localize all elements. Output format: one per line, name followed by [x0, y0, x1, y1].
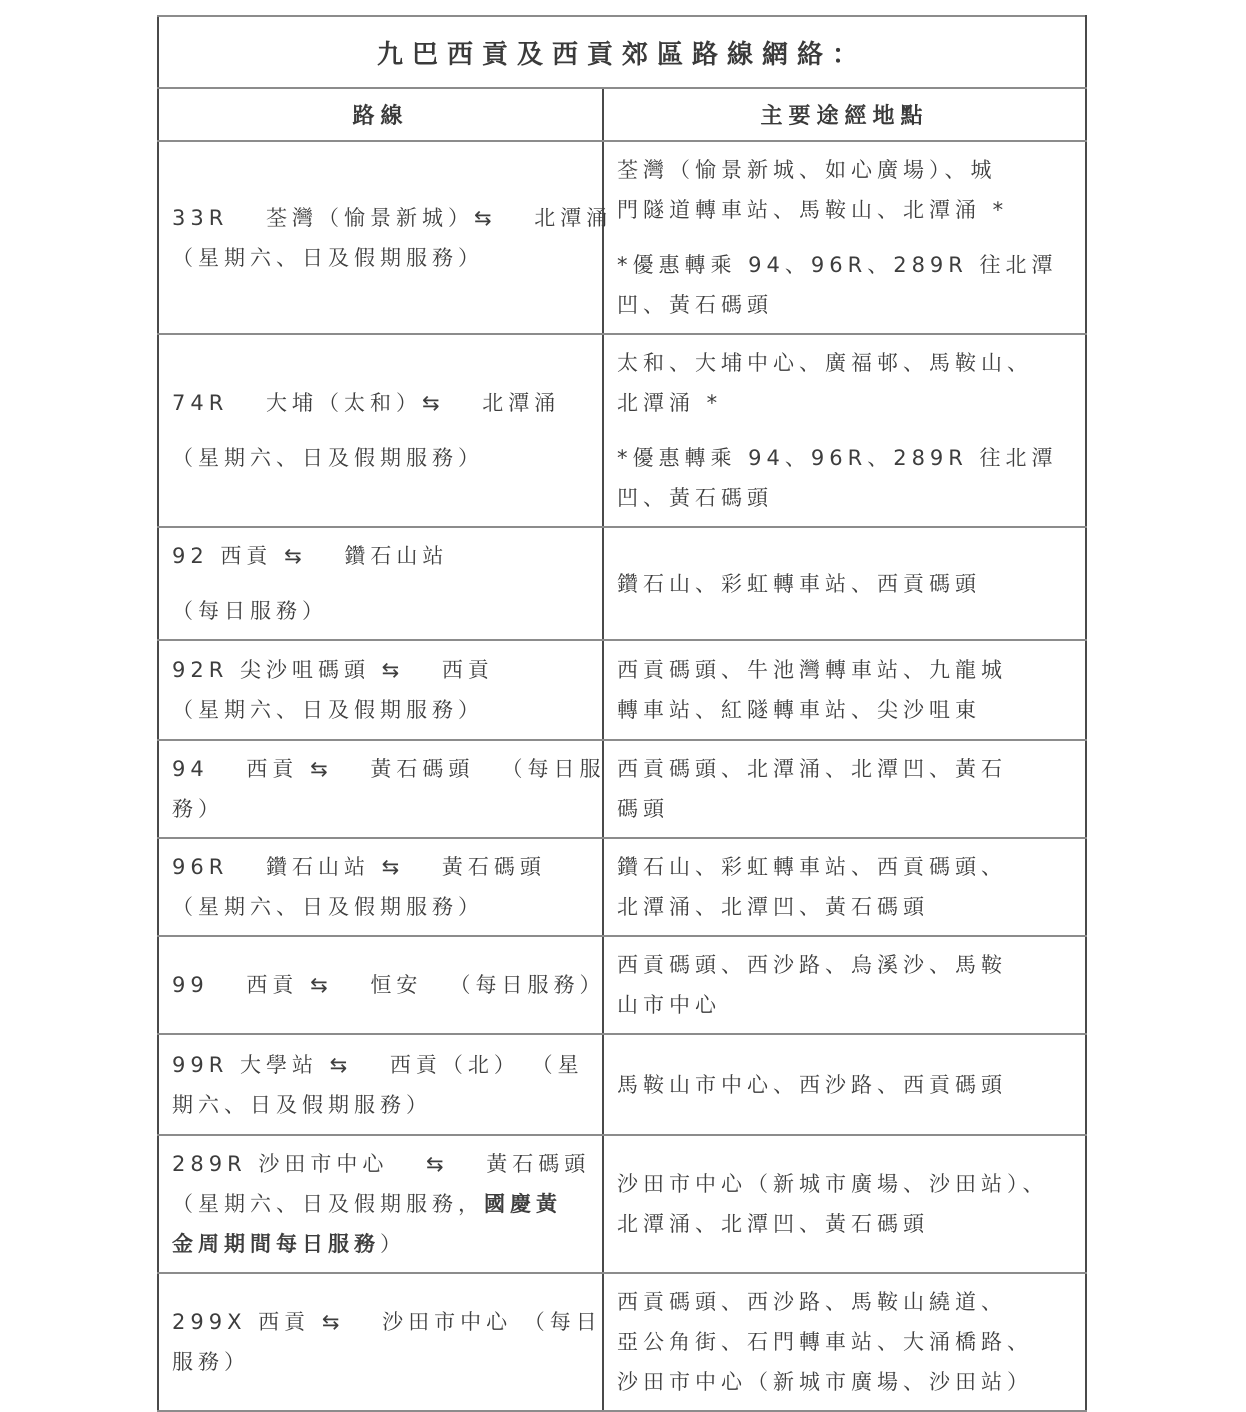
table-row: 92R 尖沙咀碼頭 ⇆ 西貢（星期六、日及假期服務）西貢碼頭、牛池灣轉車站、九龍…	[158, 640, 1086, 740]
cell-paragraph: （每日服務）	[172, 591, 594, 631]
cell-paragraph: 鑽石山、彩虹轉車站、西貢碼頭、北潭涌、北潭凹、黃石碼頭	[617, 847, 1077, 927]
cell-paragraph: 西貢碼頭、西沙路、烏溪沙、馬鞍山市中心	[617, 945, 1077, 1025]
cell-paragraph: 92R 尖沙咀碼頭 ⇆ 西貢（星期六、日及假期服務）	[172, 650, 594, 730]
table-row: 92 西貢 ⇆ 鑽石山站（每日服務）鑽石山、彩虹轉車站、西貢碼頭	[158, 527, 1086, 640]
cell-paragraph: *優惠轉乘 94、96R、289R 往北潭凹、黃石碼頭	[617, 438, 1077, 518]
locations-cell: 荃灣（愉景新城、如心廣場）、城門隧道轉車站、馬鞍山、北潭涌 **優惠轉乘 94、…	[603, 141, 1086, 334]
route-network-table: 九巴西貢及西貢郊區路線網絡： 路線 主要途經地點 33R 荃灣（愉景新城）⇆ 北…	[157, 15, 1087, 1412]
cell-paragraph: 荃灣（愉景新城、如心廣場）、城門隧道轉車站、馬鞍山、北潭涌 *	[617, 150, 1077, 230]
cell-paragraph: 289R 沙田市中心 ⇆ 黃石碼頭（星期六、日及假期服務，國慶黃金周期間每日服務…	[172, 1144, 594, 1264]
cell-paragraph: 74R 大埔（太和）⇆ 北潭涌	[172, 383, 594, 423]
route-cell: 92 西貢 ⇆ 鑽石山站（每日服務）	[158, 527, 603, 640]
cell-paragraph: 太和、大埔中心、廣福邨、馬鞍山、北潭涌 *	[617, 343, 1077, 423]
cell-paragraph: 西貢碼頭、西沙路、馬鞍山繞道、亞公角街、石門轉車站、大涌橋路、沙田市中心（新城市…	[617, 1282, 1077, 1402]
cell-paragraph: *優惠轉乘 94、96R、289R 往北潭凹、黃石碼頭	[617, 245, 1077, 325]
table-row: 33R 荃灣（愉景新城）⇆ 北潭涌（星期六、日及假期服務）荃灣（愉景新城、如心廣…	[158, 141, 1086, 334]
cell-paragraph: 94 西貢 ⇆ 黃石碼頭 （每日服務）	[172, 749, 594, 829]
cell-paragraph: 西貢碼頭、北潭涌、北潭凹、黃石碼頭	[617, 749, 1077, 829]
cell-paragraph: 299X 西貢 ⇆ 沙田市中心 （每日服務）	[172, 1302, 594, 1382]
route-cell: 96R 鑽石山站 ⇆ 黃石碼頭（星期六、日及假期服務）	[158, 838, 603, 936]
header-row: 路線 主要途經地點	[158, 88, 1086, 141]
route-table-body: 九巴西貢及西貢郊區路線網絡： 路線 主要途經地點 33R 荃灣（愉景新城）⇆ 北…	[158, 16, 1086, 1411]
cell-paragraph: 33R 荃灣（愉景新城）⇆ 北潭涌（星期六、日及假期服務）	[172, 198, 594, 278]
locations-cell: 太和、大埔中心、廣福邨、馬鞍山、北潭涌 **優惠轉乘 94、96R、289R 往…	[603, 334, 1086, 527]
locations-cell: 西貢碼頭、牛池灣轉車站、九龍城轉車站、紅隧轉車站、尖沙咀東	[603, 640, 1086, 740]
cell-paragraph: 99 西貢 ⇆ 恒安 （每日服務）	[172, 965, 594, 1005]
cell-paragraph: 沙田市中心（新城市廣場、沙田站）、北潭涌、北潭凹、黃石碼頭	[617, 1164, 1077, 1244]
route-cell: 74R 大埔（太和）⇆ 北潭涌（星期六、日及假期服務）	[158, 334, 603, 527]
cell-paragraph: 96R 鑽石山站 ⇆ 黃石碼頭（星期六、日及假期服務）	[172, 847, 594, 927]
locations-cell: 西貢碼頭、西沙路、烏溪沙、馬鞍山市中心	[603, 936, 1086, 1034]
route-cell: 289R 沙田市中心 ⇆ 黃石碼頭（星期六、日及假期服務，國慶黃金周期間每日服務…	[158, 1135, 603, 1273]
locations-cell: 鑽石山、彩虹轉車站、西貢碼頭、北潭涌、北潭凹、黃石碼頭	[603, 838, 1086, 936]
route-table: 九巴西貢及西貢郊區路線網絡： 路線 主要途經地點 33R 荃灣（愉景新城）⇆ 北…	[157, 15, 1087, 1412]
locations-cell: 沙田市中心（新城市廣場、沙田站）、北潭涌、北潭凹、黃石碼頭	[603, 1135, 1086, 1273]
title-row: 九巴西貢及西貢郊區路線網絡：	[158, 16, 1086, 88]
route-cell: 92R 尖沙咀碼頭 ⇆ 西貢（星期六、日及假期服務）	[158, 640, 603, 740]
cell-paragraph: 鑽石山、彩虹轉車站、西貢碼頭	[617, 564, 1077, 604]
column-header-locations: 主要途經地點	[603, 88, 1086, 141]
cell-paragraph: 西貢碼頭、牛池灣轉車站、九龍城轉車站、紅隧轉車站、尖沙咀東	[617, 650, 1077, 730]
locations-cell: 西貢碼頭、西沙路、馬鞍山繞道、亞公角街、石門轉車站、大涌橋路、沙田市中心（新城市…	[603, 1273, 1086, 1411]
route-cell: 99R 大學站 ⇆ 西貢（北） （星期六、日及假期服務）	[158, 1034, 603, 1135]
table-row: 96R 鑽石山站 ⇆ 黃石碼頭（星期六、日及假期服務）鑽石山、彩虹轉車站、西貢碼…	[158, 838, 1086, 936]
route-cell: 94 西貢 ⇆ 黃石碼頭 （每日服務）	[158, 740, 603, 838]
locations-cell: 鑽石山、彩虹轉車站、西貢碼頭	[603, 527, 1086, 640]
table-row: 99R 大學站 ⇆ 西貢（北） （星期六、日及假期服務）馬鞍山市中心、西沙路、西…	[158, 1034, 1086, 1135]
locations-cell: 西貢碼頭、北潭涌、北潭凹、黃石碼頭	[603, 740, 1086, 838]
table-row: 74R 大埔（太和）⇆ 北潭涌（星期六、日及假期服務）太和、大埔中心、廣福邨、馬…	[158, 334, 1086, 527]
column-header-route: 路線	[158, 88, 603, 141]
cell-paragraph: 92 西貢 ⇆ 鑽石山站	[172, 536, 594, 576]
cell-paragraph: 馬鞍山市中心、西沙路、西貢碼頭	[617, 1065, 1077, 1105]
route-cell: 33R 荃灣（愉景新城）⇆ 北潭涌（星期六、日及假期服務）	[158, 141, 603, 334]
table-row: 299X 西貢 ⇆ 沙田市中心 （每日服務）西貢碼頭、西沙路、馬鞍山繞道、亞公角…	[158, 1273, 1086, 1411]
route-cell: 99 西貢 ⇆ 恒安 （每日服務）	[158, 936, 603, 1034]
locations-cell: 馬鞍山市中心、西沙路、西貢碼頭	[603, 1034, 1086, 1135]
cell-paragraph: （星期六、日及假期服務）	[172, 438, 594, 478]
table-row: 94 西貢 ⇆ 黃石碼頭 （每日服務）西貢碼頭、北潭涌、北潭凹、黃石碼頭	[158, 740, 1086, 838]
cell-paragraph: 99R 大學站 ⇆ 西貢（北） （星期六、日及假期服務）	[172, 1045, 594, 1125]
table-row: 289R 沙田市中心 ⇆ 黃石碼頭（星期六、日及假期服務，國慶黃金周期間每日服務…	[158, 1135, 1086, 1273]
route-cell: 299X 西貢 ⇆ 沙田市中心 （每日服務）	[158, 1273, 603, 1411]
table-row: 99 西貢 ⇆ 恒安 （每日服務）西貢碼頭、西沙路、烏溪沙、馬鞍山市中心	[158, 936, 1086, 1034]
table-title: 九巴西貢及西貢郊區路線網絡：	[158, 16, 1086, 88]
